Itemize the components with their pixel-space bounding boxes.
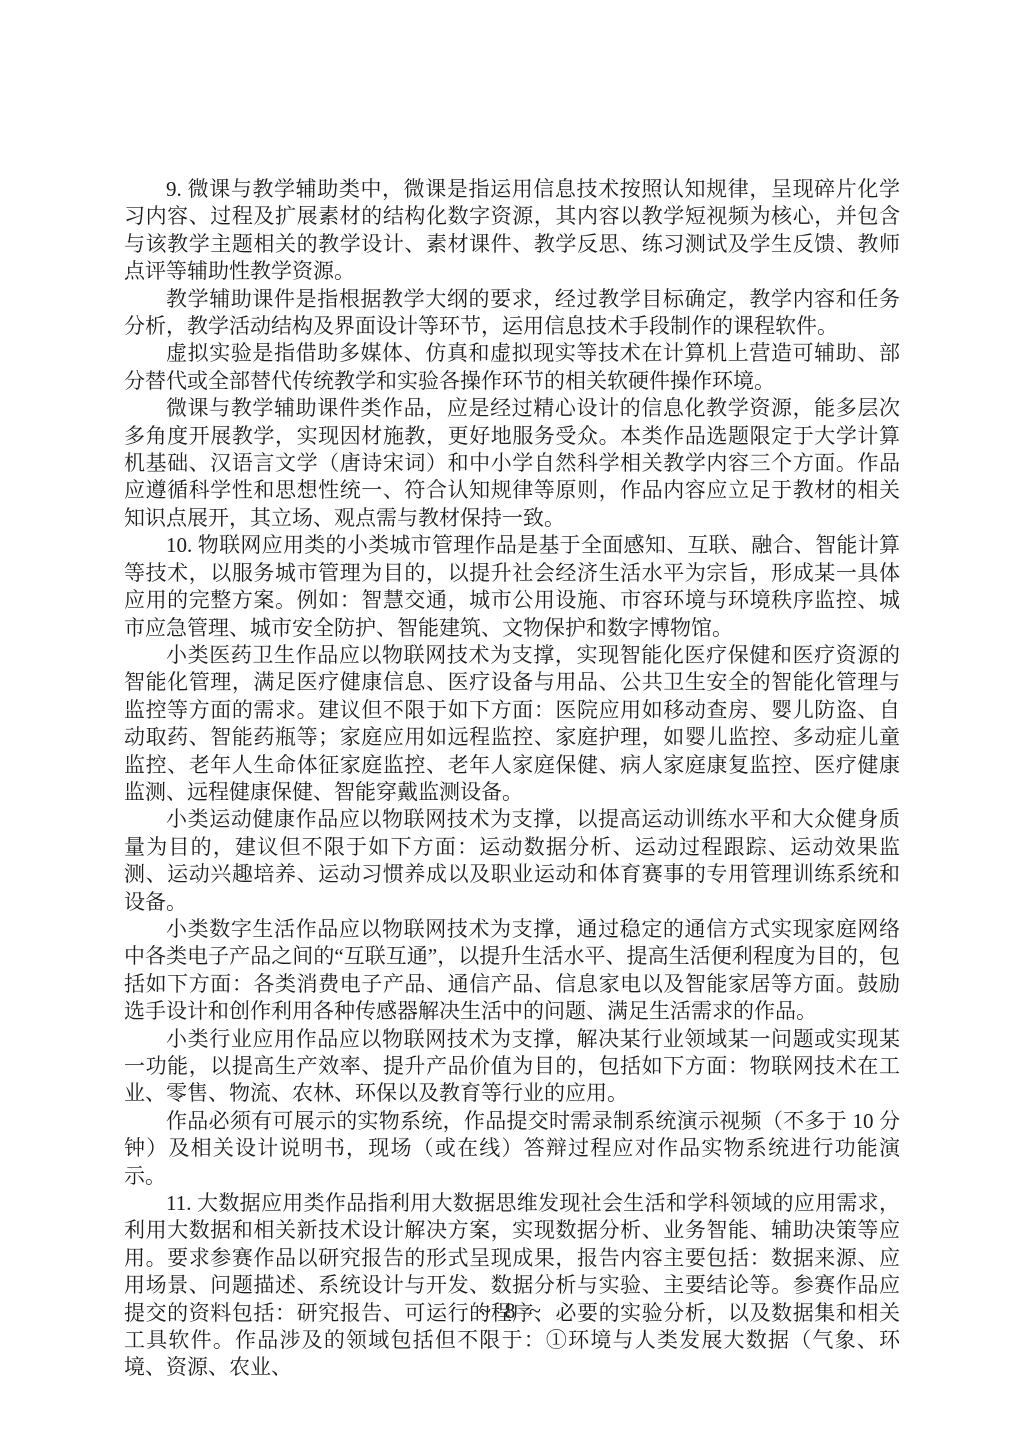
paragraph: 作品必须有可展示的实物系统，作品提交时需录制系统演示视频（不多于 10 分钟）及… (124, 1108, 900, 1190)
page-number: ~ 8 ~ (0, 1298, 1024, 1324)
paragraph: 小类运动健康作品应以物联网技术为支撑，以提高运动训练水平和大众健身质量为目的，建… (124, 806, 900, 916)
paragraph: 9. 微课与教学辅助类中，微课是指运用信息技术按照认知规律，呈现碎片化学习内容、… (124, 176, 900, 286)
paragraph: 小类数字生活作品应以物联网技术为支撑，通过稳定的通信方式实现家庭网络中各类电子产… (124, 916, 900, 1026)
paragraph: 11. 大数据应用类作品指利用大数据思维发现社会生活和学科领域的应用需求，利用大… (124, 1190, 900, 1382)
document-body: 9. 微课与教学辅助类中，微课是指运用信息技术按照认知规律，呈现碎片化学习内容、… (124, 176, 900, 1382)
paragraph: 虚拟实验是指借助多媒体、仿真和虚拟现实等技术在计算机上营造可辅助、部分替代或全部… (124, 340, 900, 395)
paragraph: 10. 物联网应用类的小类城市管理作品是基于全面感知、互联、融合、智能计算等技术… (124, 532, 900, 642)
paragraph: 小类行业应用作品应以物联网技术为支撑，解决某行业领域某一问题或实现某一功能，以提… (124, 1026, 900, 1108)
paragraph: 微课与教学辅助课件类作品，应是经过精心设计的信息化教学资源，能多层次多角度开展教… (124, 395, 900, 532)
paragraph: 教学辅助课件是指根据教学大纲的要求，经过教学目标确定，教学内容和任务分析，教学活… (124, 286, 900, 341)
paragraph: 小类医药卫生作品应以物联网技术为支撑，实现智能化医疗保健和医疗资源的智能化管理，… (124, 642, 900, 806)
document-page: 9. 微课与教学辅助类中，微课是指运用信息技术按照认知规律，呈现碎片化学习内容、… (0, 0, 1024, 1448)
